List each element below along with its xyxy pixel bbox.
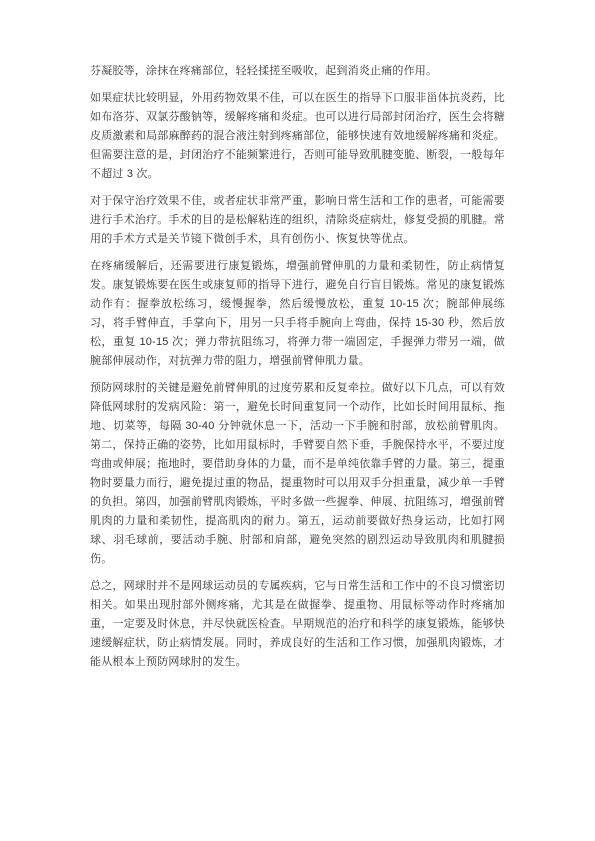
paragraph-conclusion: 总之，网球肘并不是网球运动员的专属疾病，它与日常生活和工作中的不良习惯密切相关。…	[90, 577, 505, 672]
document-page: 芬凝胶等，涂抹在疼痛部位，轻轻揉搓至吸收，起到消炎止痛的作用。 如果症状比较明显…	[0, 0, 595, 841]
paragraph-oral-medication-and-injection: 如果症状比较明显，外用药物效果不佳，可以在医生的指导下口服非甾体抗炎药，比如布洛…	[90, 89, 505, 184]
paragraph-prevention-tips: 预防网球肘的关键是避免前臂伸肌的过度劳累和反复牵拉。做好以下几点，可以有效降低网…	[90, 379, 505, 569]
paragraph-rehabilitation-exercises: 在疼痛缓解后，还需要进行康复锻炼，增强前臂伸肌的力量和柔韧性，防止病情复发。康复…	[90, 257, 505, 371]
paragraph-topical-gel-continued: 芬凝胶等，涂抹在疼痛部位，轻轻揉搓至吸收，起到消炎止痛的作用。	[90, 62, 505, 81]
paragraph-surgical-treatment: 对于保守治疗效果不佳，或者症状非常严重，影响日常生活和工作的患者，可能需要进行手…	[90, 192, 505, 249]
